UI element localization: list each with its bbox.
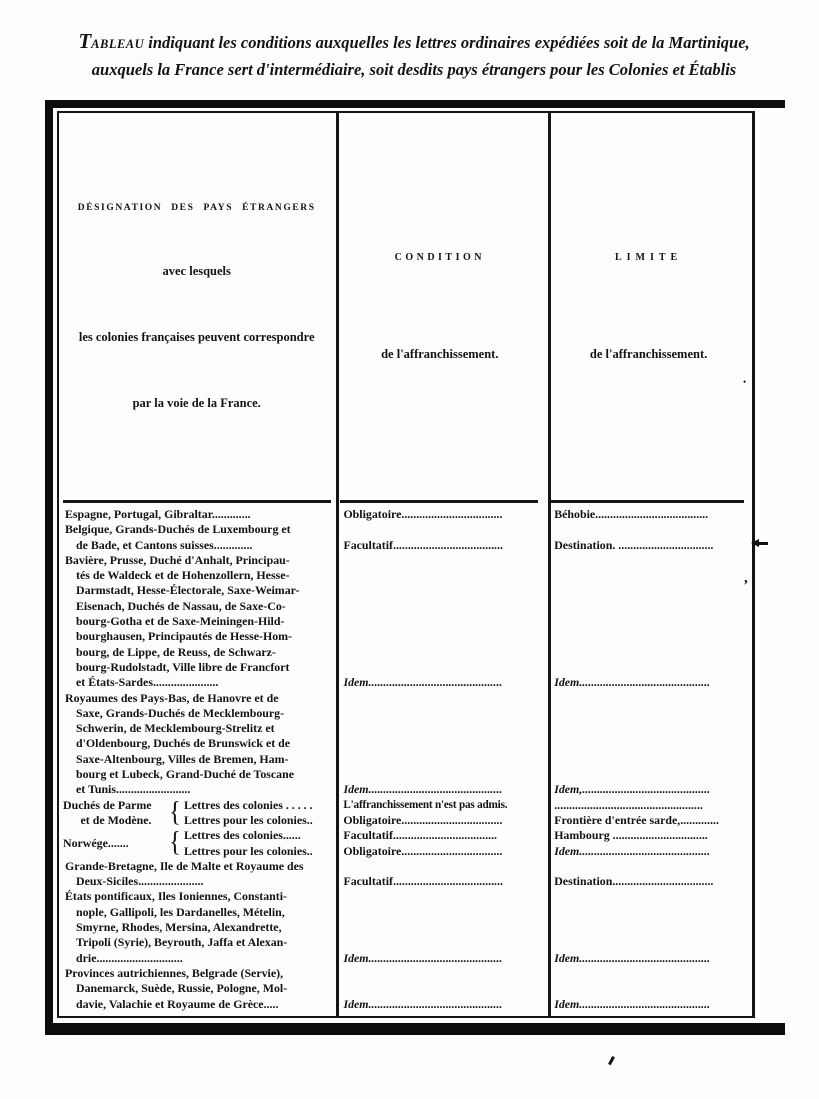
header-limite: LIMITE de l'affranchissement. [545, 113, 752, 500]
group-label-parme: Duchés de Parme et de Modène. [63, 798, 169, 829]
limite-line: Frontière d'entrée sarde,............. [554, 813, 752, 828]
column-divider [336, 113, 339, 1016]
condition-line: L'affranchissement n'est pas admis. [343, 798, 545, 813]
designation-cell: États pontificaux, Iles Ioniennes, Const… [59, 889, 334, 965]
table-row: Royaumes des Pays-Bas, de Hanovre et de … [59, 691, 752, 798]
header-separator [59, 500, 752, 503]
limite-cell: Idem,...................................… [545, 782, 752, 797]
title-line-2: auxquels la France sert d'intermédiaire,… [38, 57, 790, 83]
group-label-line: Duchés de Parme [63, 798, 169, 813]
title-rest: indiquant les conditions auxquelles les … [144, 33, 750, 52]
designation-cell: Espagne, Portugal, Gibraltar............… [59, 507, 334, 522]
group-label-norwege: Norwége....... [63, 836, 169, 851]
table-row: États pontificaux, Iles Ioniennes, Const… [59, 889, 752, 965]
condition-cell: L'affranchissement n'est pas admis. Obli… [334, 798, 545, 859]
condition-cell: Idem....................................… [334, 997, 545, 1012]
condition-cell: Idem....................................… [334, 951, 545, 966]
designation-cell: Grande-Bretagne, Ile de Malte et Royaume… [59, 859, 334, 890]
print-artifact-tick [608, 1056, 614, 1065]
condition-line: Obligatoire.............................… [343, 844, 545, 859]
condition-cell: Idem....................................… [334, 675, 545, 690]
condition-cell: Idem....................................… [334, 782, 545, 797]
header-designation: DÉSIGNATION DES PAYS ÉTRANGERS avec lesq… [59, 113, 334, 500]
header-designation-caps: DÉSIGNATION DES PAYS ÉTRANGERS [78, 203, 316, 213]
print-artifact-dot: • [743, 377, 746, 387]
table-row-grouped: Duchés de Parme et de Modène. Norwége...… [59, 798, 752, 859]
condition-line: Facultatif..............................… [343, 828, 545, 843]
header-designation-line: les colonies françaises peuvent correspo… [79, 330, 315, 345]
print-artifact-comma: , [744, 570, 748, 587]
header-designation-line: par la voie de la France. [133, 396, 261, 411]
condition-cell: Facultatif..............................… [334, 874, 545, 889]
sub-row-label: Lettres pour les colonies.. [184, 813, 332, 828]
table-row: Belgique, Grands-Duchés de Luxembourg et… [59, 522, 752, 553]
group-sub-rows: Lettres des colonies . . . . . Lettres p… [184, 798, 332, 859]
limite-line: ........................................… [554, 798, 752, 813]
limite-cell: Idem....................................… [545, 997, 752, 1012]
margin-arrow-icon [751, 539, 768, 548]
title-line-1: TABLEAU indiquant les conditions auxquel… [38, 28, 790, 57]
designation-cell: Provinces autrichiennes, Belgrade (Servi… [59, 966, 334, 1012]
table-body: Espagne, Portugal, Gibraltar............… [59, 503, 752, 1012]
table-header: DÉSIGNATION DES PAYS ÉTRANGERS avec lesq… [59, 113, 752, 500]
designation-cell: Bavière, Prusse, Duché d'Anhalt, Princip… [59, 553, 334, 691]
group-braces: { { [169, 798, 184, 859]
limite-line: Hambourg ...............................… [554, 828, 752, 843]
header-limite-line: de l'affranchissement. [590, 347, 707, 362]
header-limite-caps: LIMITE [615, 252, 682, 263]
sub-row-label: Lettres des colonies . . . . . [184, 798, 332, 813]
limite-cell: Idem....................................… [545, 951, 752, 966]
table-frame: DÉSIGNATION DES PAYS ÉTRANGERS avec lesq… [45, 100, 785, 1035]
brace-icon: { [169, 826, 184, 859]
limite-cell: Destination. ...........................… [545, 538, 752, 553]
limite-cell: Destination.............................… [545, 874, 752, 889]
header-condition-caps: CONDITION [395, 252, 485, 263]
table-row: Grande-Bretagne, Ile de Malte et Royaume… [59, 859, 752, 890]
limite-line: Idem....................................… [554, 844, 752, 859]
header-designation-line: avec lesquels [163, 264, 231, 279]
limite-cell: Béhobie.................................… [545, 507, 752, 522]
limite-cell: ........................................… [545, 798, 752, 859]
sub-row-label: Lettres des colonies...... [184, 828, 332, 843]
header-condition-line: de l'affranchissement. [381, 347, 498, 362]
title-initial: T [78, 29, 91, 53]
condition-line: Obligatoire.............................… [343, 813, 545, 828]
column-divider [548, 113, 551, 1016]
header-condition: CONDITION de l'affranchissement. [334, 113, 545, 500]
group-label-line: et de Modène. [63, 813, 169, 828]
document-title: TABLEAU indiquant les conditions auxquel… [38, 28, 790, 83]
condition-cell: Facultatif..............................… [334, 538, 545, 553]
table-row: Provinces autrichiennes, Belgrade (Servi… [59, 966, 752, 1012]
title-smallcaps: ABLEAU [91, 37, 144, 51]
designation-cell: Duchés de Parme et de Modène. Norwége...… [59, 798, 334, 859]
table-row: Bavière, Prusse, Duché d'Anhalt, Princip… [59, 553, 752, 691]
limite-cell: Idem....................................… [545, 675, 752, 690]
condition-cell: Obligatoire.............................… [334, 507, 545, 522]
group-labels: Duchés de Parme et de Modène. Norwége...… [63, 798, 169, 859]
table-row: Espagne, Portugal, Gibraltar............… [59, 507, 752, 522]
sub-row-label: Lettres pour les colonies.. [184, 844, 332, 859]
table: DÉSIGNATION DES PAYS ÉTRANGERS avec lesq… [57, 111, 755, 1018]
designation-cell: Royaumes des Pays-Bas, de Hanovre et de … [59, 691, 334, 798]
designation-cell: Belgique, Grands-Duchés de Luxembourg et… [59, 522, 334, 553]
